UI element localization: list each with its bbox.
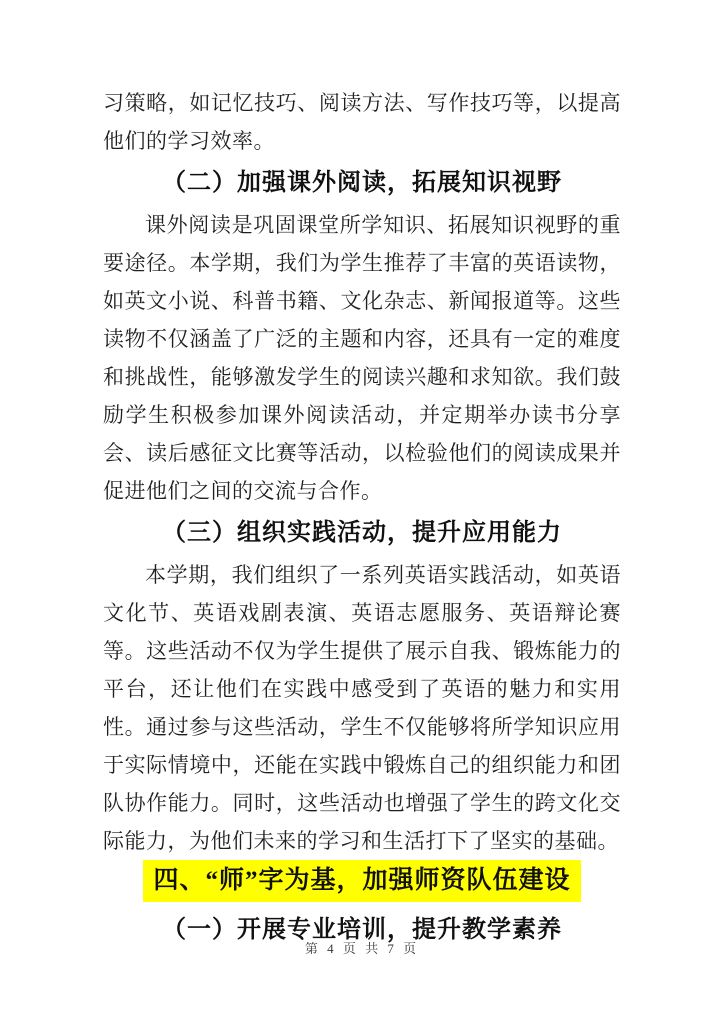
section-heading-3: （三）组织实践活动，提升应用能力 [103, 510, 621, 556]
paragraph-continuation: 习策略，如记忆技巧、阅读方法、写作技巧等，以提高他们的学习效率。 [103, 84, 621, 160]
paragraph-practice-activities: 本学期，我们组织了一系列英语实践活动，如英语文化节、英语戏剧表演、英语志愿服务、… [103, 556, 621, 860]
document-body: 习策略，如记忆技巧、阅读方法、写作技巧等，以提高他们的学习效率。 （二）加强课外… [103, 84, 621, 953]
document-page: 习策略，如记忆技巧、阅读方法、写作技巧等，以提高他们的学习效率。 （二）加强课外… [0, 0, 724, 1024]
section-heading-2: （二）加强课外阅读，拓展知识视野 [103, 160, 621, 206]
page-number: 第 4 页 共 7 页 [0, 938, 724, 957]
chapter-heading-highlighted: 四、“师”字为基，加强师资队伍建设 [143, 860, 580, 902]
chapter-heading-line: 四、“师”字为基，加强师资队伍建设 [103, 860, 621, 907]
paragraph-extracurricular-reading: 课外阅读是巩固课堂所学知识、拓展知识视野的重要途径。本学期，我们为学生推荐了丰富… [103, 206, 621, 510]
